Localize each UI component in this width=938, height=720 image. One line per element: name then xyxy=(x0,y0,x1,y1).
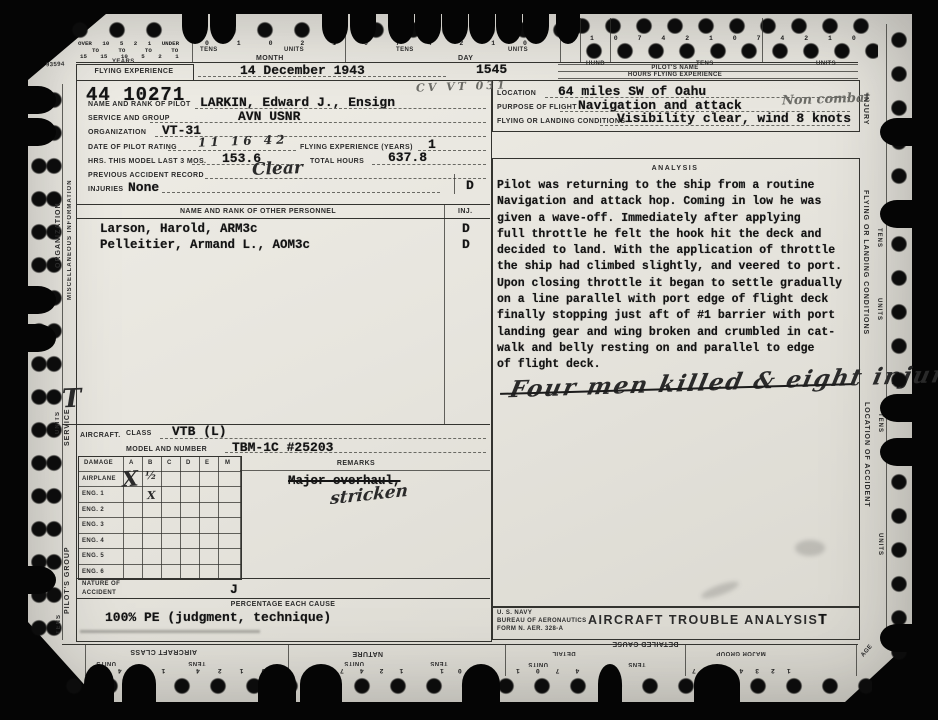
personnel-top xyxy=(76,204,490,205)
bottom-rule xyxy=(62,644,858,645)
organization-label: ORGANIZATION xyxy=(88,129,146,136)
aircraft-label: AIRCRAFT. xyxy=(80,432,121,439)
bottom-detail-label: DETAIL xyxy=(552,650,576,656)
notch-top xyxy=(442,8,468,44)
remarks-header-line xyxy=(240,470,490,471)
top-divider-5 xyxy=(610,18,611,62)
dg-h6 xyxy=(79,564,241,565)
analysis-text: Pilot was returning to the ship from a r… xyxy=(497,178,855,374)
dg-v1 xyxy=(142,457,143,579)
years-scale-row1: OVER 10 5 2 1 UNDER xyxy=(78,40,179,47)
u7 xyxy=(162,192,440,193)
dg-v3 xyxy=(180,457,181,579)
notch-top xyxy=(523,8,549,44)
day-label: DAY xyxy=(458,55,473,62)
day-tens-label: TENS xyxy=(396,47,414,53)
damage-row-eng6: ENG. 6 xyxy=(82,569,104,575)
notch-bottom xyxy=(694,664,740,704)
left-organization-label: ORGANIZATION xyxy=(55,188,62,268)
personnel-header: NAME AND RANK OF OTHER PERSONNEL xyxy=(180,208,336,215)
notch-bottom xyxy=(598,664,622,704)
top-holes-right-row2 xyxy=(584,41,878,59)
purpose-handwritten: Non combat xyxy=(782,90,871,108)
top-divider-6 xyxy=(762,18,763,62)
dg-h4 xyxy=(79,533,241,534)
bottom-class-tens: TENS xyxy=(188,660,206,666)
damage-airplane-b-mark: ½ xyxy=(145,469,157,482)
aircraft-class-label: CLASS xyxy=(126,430,152,437)
notch-top xyxy=(182,8,208,44)
bottom-divider-0 xyxy=(85,644,86,676)
footer-title: AIRCRAFT TROUBLE ANALYSIS xyxy=(588,614,818,627)
bottom-digits-5: 4 7 0 1 xyxy=(516,667,579,674)
notch-right xyxy=(880,394,914,422)
notch-bottom xyxy=(258,664,296,704)
right-tens-label-1: TENS xyxy=(876,228,882,260)
pilot-name-label: NAME AND RANK OF PILOT xyxy=(88,101,191,108)
notch-bottom xyxy=(122,664,156,704)
personnel-header-bottom xyxy=(76,218,490,219)
dg-h2 xyxy=(79,502,241,503)
prev-accident-label: PREVIOUS ACCIDENT RECORD xyxy=(88,172,204,179)
top-rule xyxy=(76,62,858,63)
notch-right xyxy=(880,624,914,652)
total-hours-label: TOTAL HOURS xyxy=(310,158,364,165)
dg-h1 xyxy=(79,486,241,487)
left-holes-col2 xyxy=(46,84,62,644)
notch-bottom xyxy=(462,664,500,704)
right-tens-label-2: TENS xyxy=(877,413,883,443)
notch-top xyxy=(469,8,495,44)
u9 xyxy=(225,452,486,453)
personnel-row-inj: D xyxy=(462,221,470,237)
nature-label-1: NATURE OF xyxy=(82,581,120,587)
footer-bureau: BUREAU OF AERONAUTICS xyxy=(497,618,587,624)
left-service-label: SERVICE xyxy=(64,388,71,446)
notch-right xyxy=(880,118,914,146)
personnel-inj-header: INJ. xyxy=(458,208,472,215)
month-tens-label: TENS xyxy=(200,47,218,53)
left-tens-label: TENS xyxy=(56,604,62,634)
rating-label: DATE OF PILOT RATING xyxy=(88,144,177,151)
notch-top xyxy=(556,8,580,44)
personnel-row-name: Larson, Harold, ARM3c xyxy=(100,222,258,237)
damage-airplane-a-mark: X xyxy=(121,465,139,491)
cause-header: PERCENTAGE EACH CAUSE xyxy=(231,601,336,608)
damage-grid xyxy=(78,456,242,580)
bottom-nature-units: UNITS xyxy=(344,660,364,666)
aircraft-top xyxy=(62,424,490,425)
bottom-nature-label: NATURE xyxy=(352,650,383,657)
notch-right xyxy=(880,200,914,228)
damage-row-eng1: ENG. 1 xyxy=(82,491,104,497)
u12 xyxy=(600,125,850,126)
personnel-row-inj: D xyxy=(462,237,470,253)
nature-value: J xyxy=(230,582,238,598)
analysis-header: ANALYSIS xyxy=(652,165,699,172)
injuries-value: None xyxy=(128,180,159,196)
name-bar-bot xyxy=(558,78,858,79)
remarks-divider xyxy=(240,456,241,578)
notch-top xyxy=(388,8,414,44)
bottom-digits-3: 1 2 4 7 xyxy=(340,667,403,674)
dg-v2 xyxy=(161,457,162,579)
service-group-label: SERVICE AND GROUP xyxy=(88,115,170,122)
card-content: OVER 10 5 2 1 UNDER TO TO TO TO 15 15 10… xyxy=(0,0,938,720)
personnel-inj-divider xyxy=(444,204,445,424)
notch-right xyxy=(880,438,914,466)
damage-row-eng2: ENG. 2 xyxy=(82,507,104,513)
damage-eng1-b-mark: X xyxy=(147,489,156,502)
notch-bottom xyxy=(300,664,342,704)
location-label: LOCATION xyxy=(497,90,536,97)
bottom-digits-2: 0 1 2 4 xyxy=(196,667,265,674)
notch-top xyxy=(350,8,376,44)
damage-row-eng5: ENG. 5 xyxy=(82,553,104,559)
bottom-divider-4 xyxy=(856,644,857,676)
remarks-header: REMARKS xyxy=(337,460,375,467)
dg-h5 xyxy=(79,548,241,549)
bottom-divider-3 xyxy=(685,644,686,676)
cause-top xyxy=(76,598,490,599)
notch-left xyxy=(20,324,56,352)
notch-top xyxy=(415,8,441,44)
bottom-digits-4: 0 1 xyxy=(440,667,462,674)
damage-col-m: M xyxy=(225,460,230,466)
month-units-label: UNITS xyxy=(284,47,304,53)
notch-left xyxy=(20,118,56,146)
month-label: MONTH xyxy=(256,55,284,62)
notch-top xyxy=(496,8,522,44)
damage-col-c: C xyxy=(167,460,172,466)
cause-value: 100% PE (judgment, technique) xyxy=(105,610,331,626)
scanned-punch-card-page: OVER 10 5 2 1 UNDER TO TO TO TO 15 15 10… xyxy=(0,0,938,720)
left-misc-label: MISCELLANEOUS INFORMATION xyxy=(67,172,73,300)
u5b xyxy=(372,164,486,165)
notch-left xyxy=(20,286,56,314)
dg-h3 xyxy=(79,517,241,518)
footer-navy: U. S. NAVY xyxy=(497,610,532,616)
card-number: 93594 xyxy=(46,62,65,69)
bottom-aircraft-class-label: AIRCRAFT CLASS xyxy=(130,648,197,655)
name-bar-top xyxy=(558,64,858,65)
bottom-detailed-cause-label: DETAILED CAUSE xyxy=(612,640,679,647)
injuries-label: INJURIES xyxy=(88,186,124,193)
dg-v4 xyxy=(199,457,200,579)
purpose-label: PURPOSE OF FLIGHT xyxy=(497,104,577,111)
injuries-code: D xyxy=(466,178,474,194)
personnel-row-name: Pelleitier, Armand L., AOM3c xyxy=(100,238,310,253)
left-units-label: UNITS xyxy=(55,396,61,434)
notch-top xyxy=(322,8,348,44)
right-location-label: LOCATION OF ACCIDENT xyxy=(863,402,870,578)
damage-header: DAMAGE xyxy=(84,460,113,466)
right-strip-line xyxy=(886,24,887,640)
notch-bottom xyxy=(84,664,114,704)
nature-label-2: ACCIDENT xyxy=(82,590,116,596)
prev-accident-value: Clear xyxy=(252,158,303,180)
nature-top xyxy=(76,578,490,579)
u6 xyxy=(205,178,486,179)
damage-col-e: E xyxy=(205,460,209,466)
notch-left xyxy=(20,86,56,114)
left-strip-line xyxy=(62,84,63,640)
damage-row-eng3: ENG. 3 xyxy=(82,522,104,528)
left-pilots-group-label: PILOT'S GROUP xyxy=(64,528,71,614)
dg-v5 xyxy=(218,457,219,579)
bottom-age-label: AGE xyxy=(860,644,874,659)
smudge-1 xyxy=(795,540,825,556)
top-right-digits: 1 0 7 4 2 1 0 7 4 2 1 0 xyxy=(590,35,856,42)
left-holes-col1 xyxy=(31,84,47,644)
damage-col-d: D xyxy=(186,460,191,466)
footer-t-mark: T xyxy=(818,612,827,630)
aircraft-model-label: MODEL AND NUMBER xyxy=(126,446,207,453)
date-underline xyxy=(198,76,446,77)
top-divider-4 xyxy=(580,18,581,62)
fine-print-smudge xyxy=(80,630,260,633)
right-conditions-label: FLYING OR LANDING CONDITIONS xyxy=(862,190,869,358)
footer-form: FORM N. AER. 328-A xyxy=(497,626,563,632)
conditions-label: FLYING OR LANDING CONDITIONS xyxy=(497,118,625,125)
hrs-model-label: HRS. THIS MODEL LAST 3 MOS. xyxy=(88,158,206,165)
time-value: 1545 xyxy=(476,62,507,78)
flying-experience-label: FLYING EXPERIENCE xyxy=(95,68,174,75)
notch-top xyxy=(210,8,236,44)
dg-h0 xyxy=(79,471,241,472)
bottom-nature-tens: TENS xyxy=(430,660,448,666)
bottom-divider-2 xyxy=(505,644,506,676)
notch-left xyxy=(20,566,56,594)
inj-code-divider xyxy=(454,174,455,194)
right-injury-label: INJURY xyxy=(862,94,869,164)
bottom-major-group-label: MAJOR GROUP xyxy=(716,650,766,656)
top-holes-right-row1 xyxy=(572,16,878,34)
day-units-label: UNITS xyxy=(508,47,528,53)
u4b xyxy=(418,150,486,151)
right-units-label-1: UNITS xyxy=(876,298,882,334)
bottom-detail-tens: TENS xyxy=(628,661,646,667)
u8 xyxy=(160,438,486,439)
damage-col-b: B xyxy=(148,460,153,466)
damage-row-airplane: AIRPLANE xyxy=(82,476,116,482)
damage-row-eng4: ENG. 4 xyxy=(82,538,104,544)
right-units-label-2: UNITS xyxy=(877,533,883,567)
aircraft-model-value: TBM-1C #25203 xyxy=(232,440,333,456)
